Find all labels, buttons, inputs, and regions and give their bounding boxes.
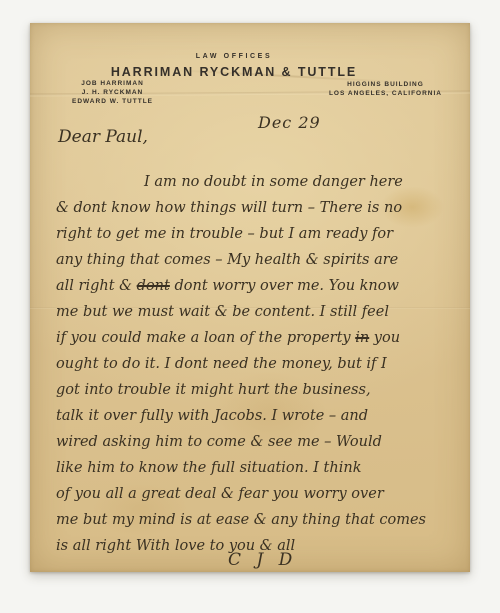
letter-line-segment: right to get me in trouble – but I am re… [56,226,393,242]
letter-line-segment: you [369,330,400,346]
letter-line-segment: dont worry over me. You know [170,278,399,294]
letter-date: Dec 29 [258,113,321,132]
letter-line-segment-struck: in [355,330,369,346]
letter-line-segment: ought to do it. I dont need the money, b… [56,356,387,372]
letter-line: of you all a great deal & fear you worry… [56,481,462,507]
letterhead-partner-name: JOB HARRIMAN [72,79,153,88]
letter-line: wired asking him to come & see me – Woul… [56,429,462,455]
letter-paper: LAW OFFICES HARRIMAN RYCKMAN & TUTTLE JO… [30,23,470,572]
letter-line-segment: wired asking him to come & see me – Woul… [56,434,382,450]
letter-line: I am no doubt in some danger here [56,169,462,195]
letter-line-segment: got into trouble it might hurt the busin… [56,382,371,398]
letter-line: ought to do it. I dont need the money, b… [56,351,462,377]
letterhead-office-line: LAW OFFICES [30,53,438,60]
letter-line-segment: if you could make a loan of the property [56,330,355,346]
letter-line: all right & dont dont worry over me. You… [56,273,462,299]
letter-line: me but my mind is at ease & any thing th… [56,507,462,533]
letter-line: got into trouble it might hurt the busin… [56,377,462,403]
letter-line-segment: talk it over fully with Jacobs. I wrote … [56,408,368,424]
letter-signature: C J D [228,550,297,570]
letter-line: if you could make a loan of the property… [56,325,462,351]
letterhead-address-line: LOS ANGELES, CALIFORNIA [329,89,442,98]
letter-line-segment: & dont know how things will turn – There… [56,200,402,216]
letter-line-segment: all right & [56,278,137,294]
letterhead-firm-name: HARRIMAN RYCKMAN & TUTTLE [30,65,438,79]
letter-line-segment: any thing that comes – My health & spiri… [56,252,398,268]
letterhead-partner-name: J. H. RYCKMAN [72,88,153,97]
letter-line-segment: of you all a great deal & fear you worry… [56,486,384,502]
letterhead-address: HIGGINS BUILDING LOS ANGELES, CALIFORNIA [329,80,442,98]
letter-line: right to get me in trouble – but I am re… [56,221,462,247]
letterhead-partners: JOB HARRIMAN J. H. RYCKMAN EDWARD W. TUT… [72,79,153,106]
letter-line-segment: me but my mind is at ease & any thing th… [56,512,426,528]
letterhead-address-line: HIGGINS BUILDING [329,80,442,89]
letter-line-segment: me but we must wait & be content. I stil… [56,304,389,320]
letter-line: like him to know the full situation. I t… [56,455,462,481]
letter-line: me but we must wait & be content. I stil… [56,299,462,325]
letter-line-segment: like him to know the full situation. I t… [56,460,361,476]
scan-background: LAW OFFICES HARRIMAN RYCKMAN & TUTTLE JO… [0,0,500,613]
letter-line: & dont know how things will turn – There… [56,195,462,221]
letterhead-partner-name: EDWARD W. TUTTLE [72,97,153,106]
letter-line: talk it over fully with Jacobs. I wrote … [56,403,462,429]
letter-salutation: Dear Paul, [58,127,148,147]
letter-line: any thing that comes – My health & spiri… [56,247,462,273]
letter-line-segment: I am no doubt in some danger here [144,174,403,190]
letter-line-segment-struck: dont [137,278,170,294]
letter-body: I am no doubt in some danger here& dont … [56,169,462,559]
